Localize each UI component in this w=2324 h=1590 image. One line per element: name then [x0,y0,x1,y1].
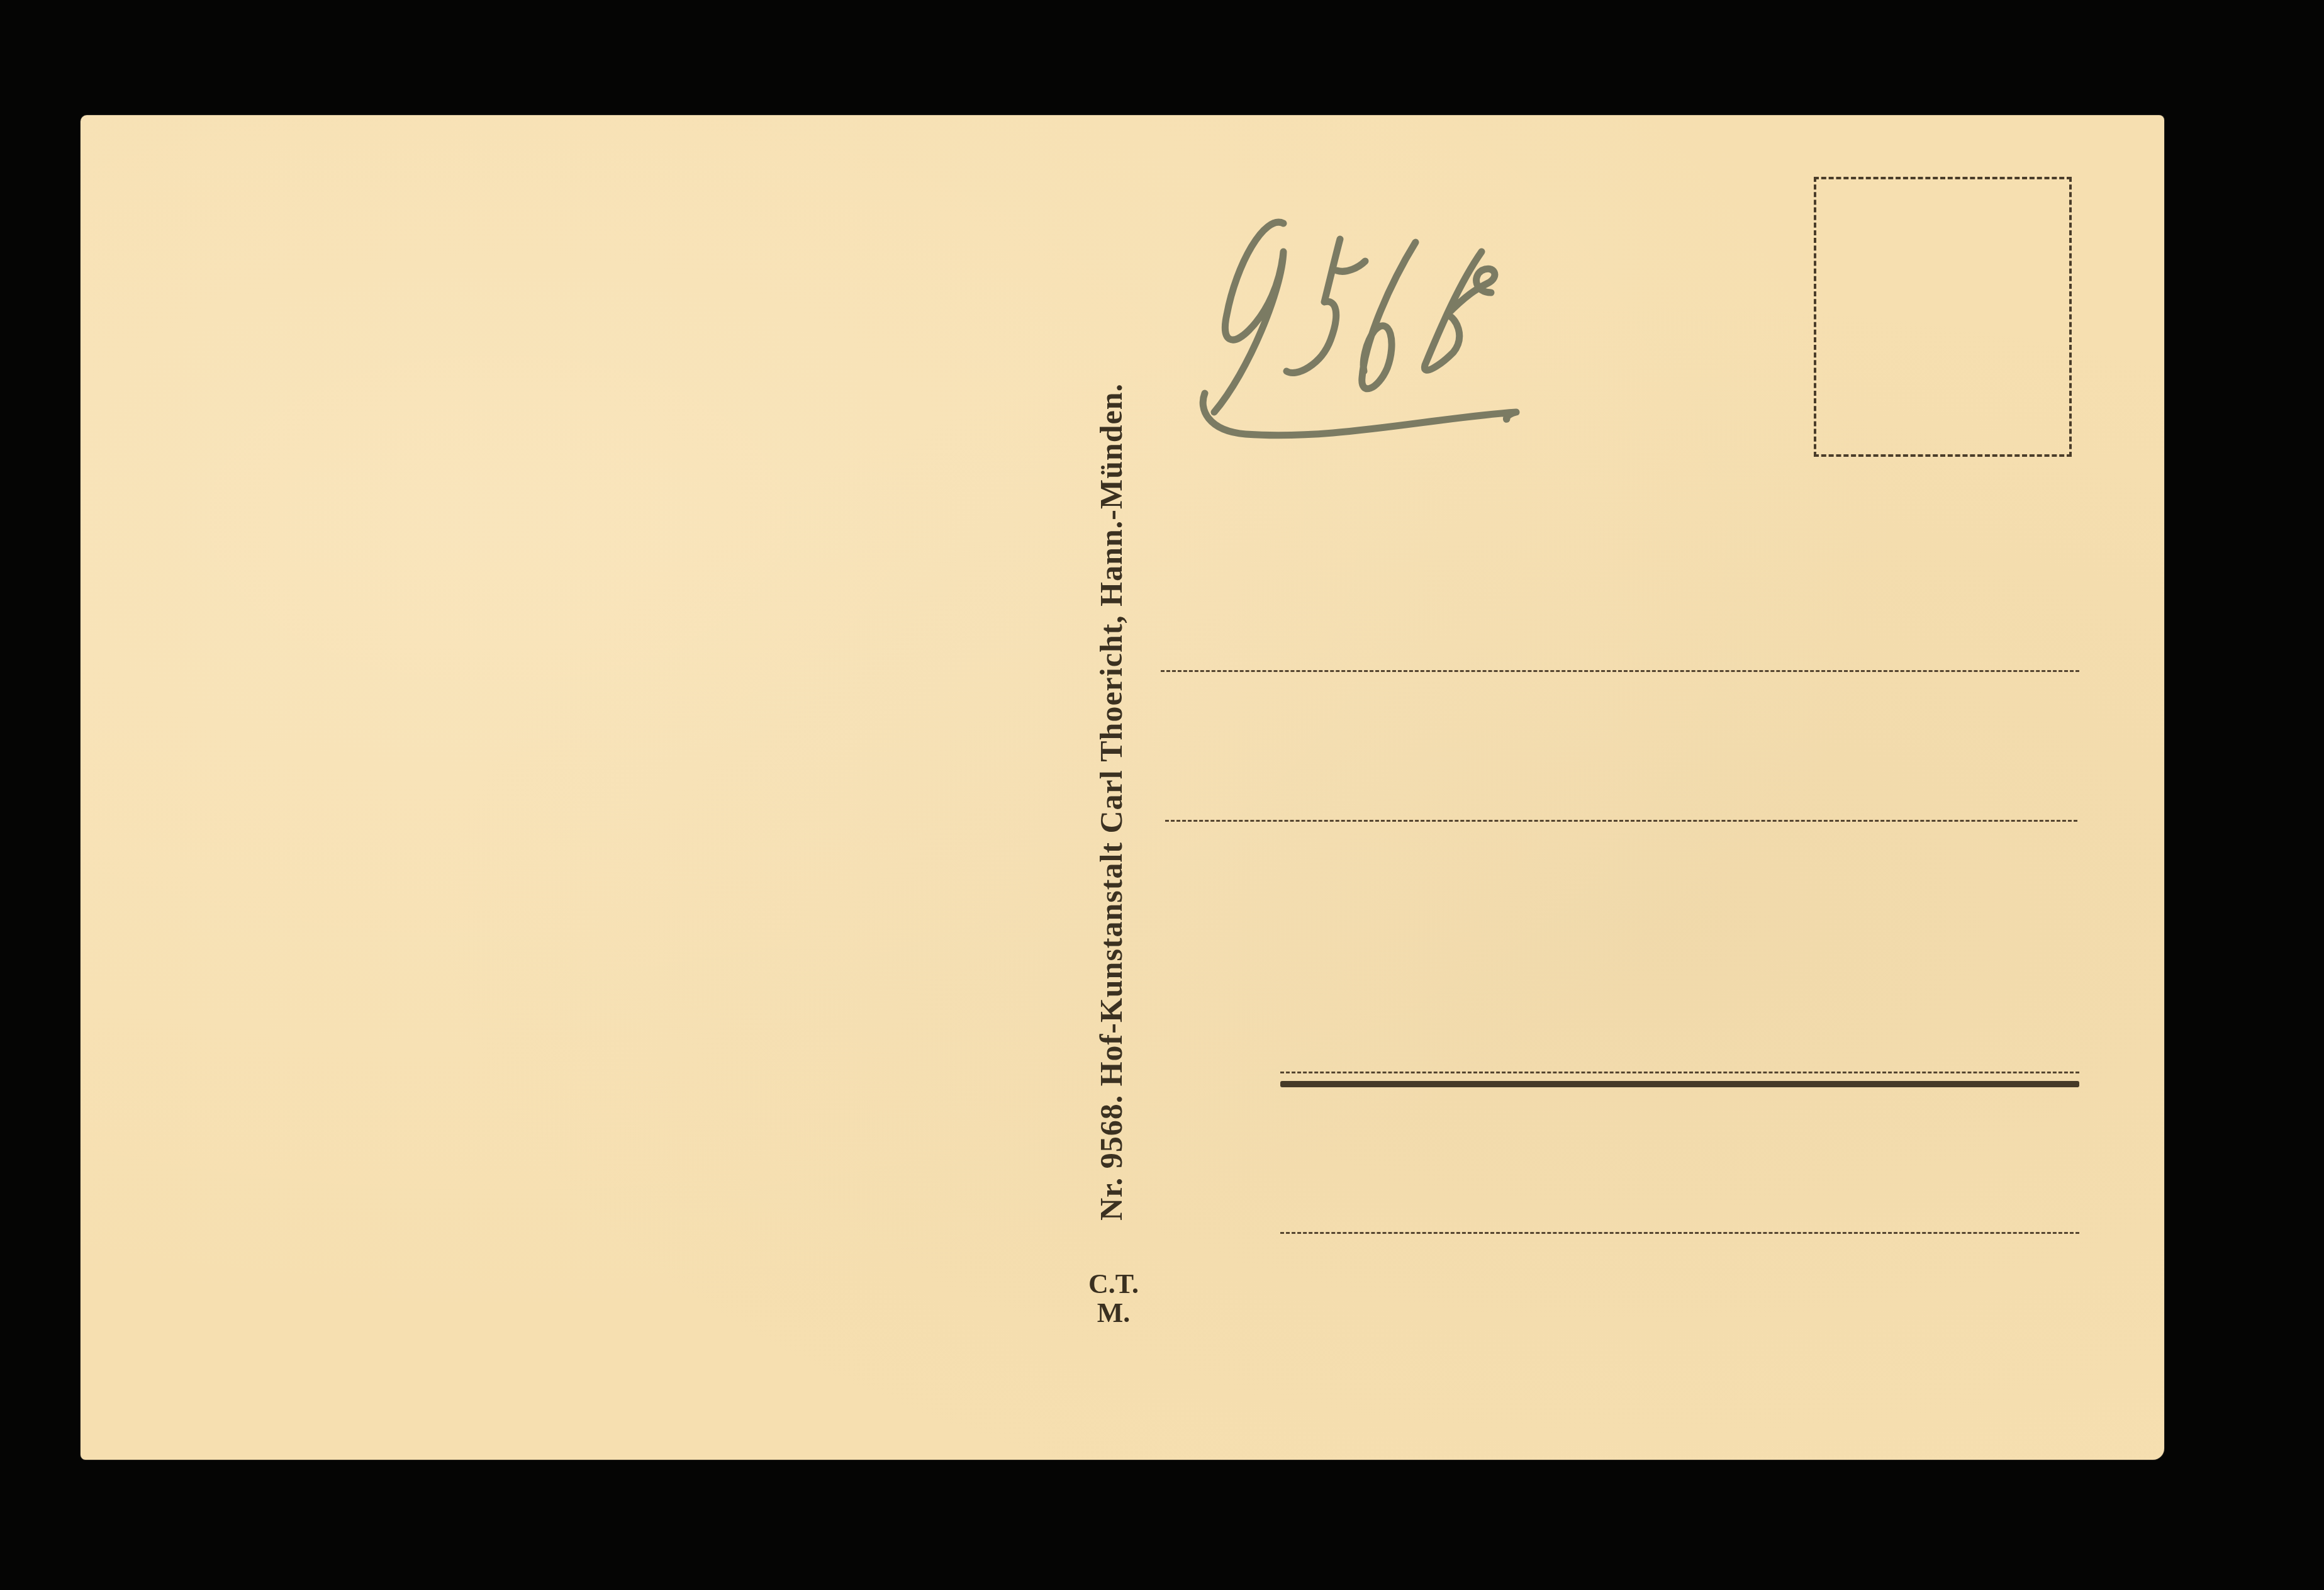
monogram-line-2: M. [1073,1299,1154,1328]
address-line-3-dashed [1280,1072,2079,1073]
stamp-placeholder-box [1814,177,2072,457]
address-line-2 [1165,820,2077,822]
address-line-1 [1161,670,2079,672]
address-line-3-solid [1280,1081,2079,1087]
address-line-4 [1280,1232,2079,1234]
publisher-imprint: Nr. 9568. Hof-Kunstanstalt Carl Thoerich… [1093,245,1129,1221]
handwritten-number-9568 [1189,189,1667,466]
monogram-line-1: C.T. [1073,1270,1154,1299]
publisher-monogram: C.T. M. [1073,1270,1154,1328]
